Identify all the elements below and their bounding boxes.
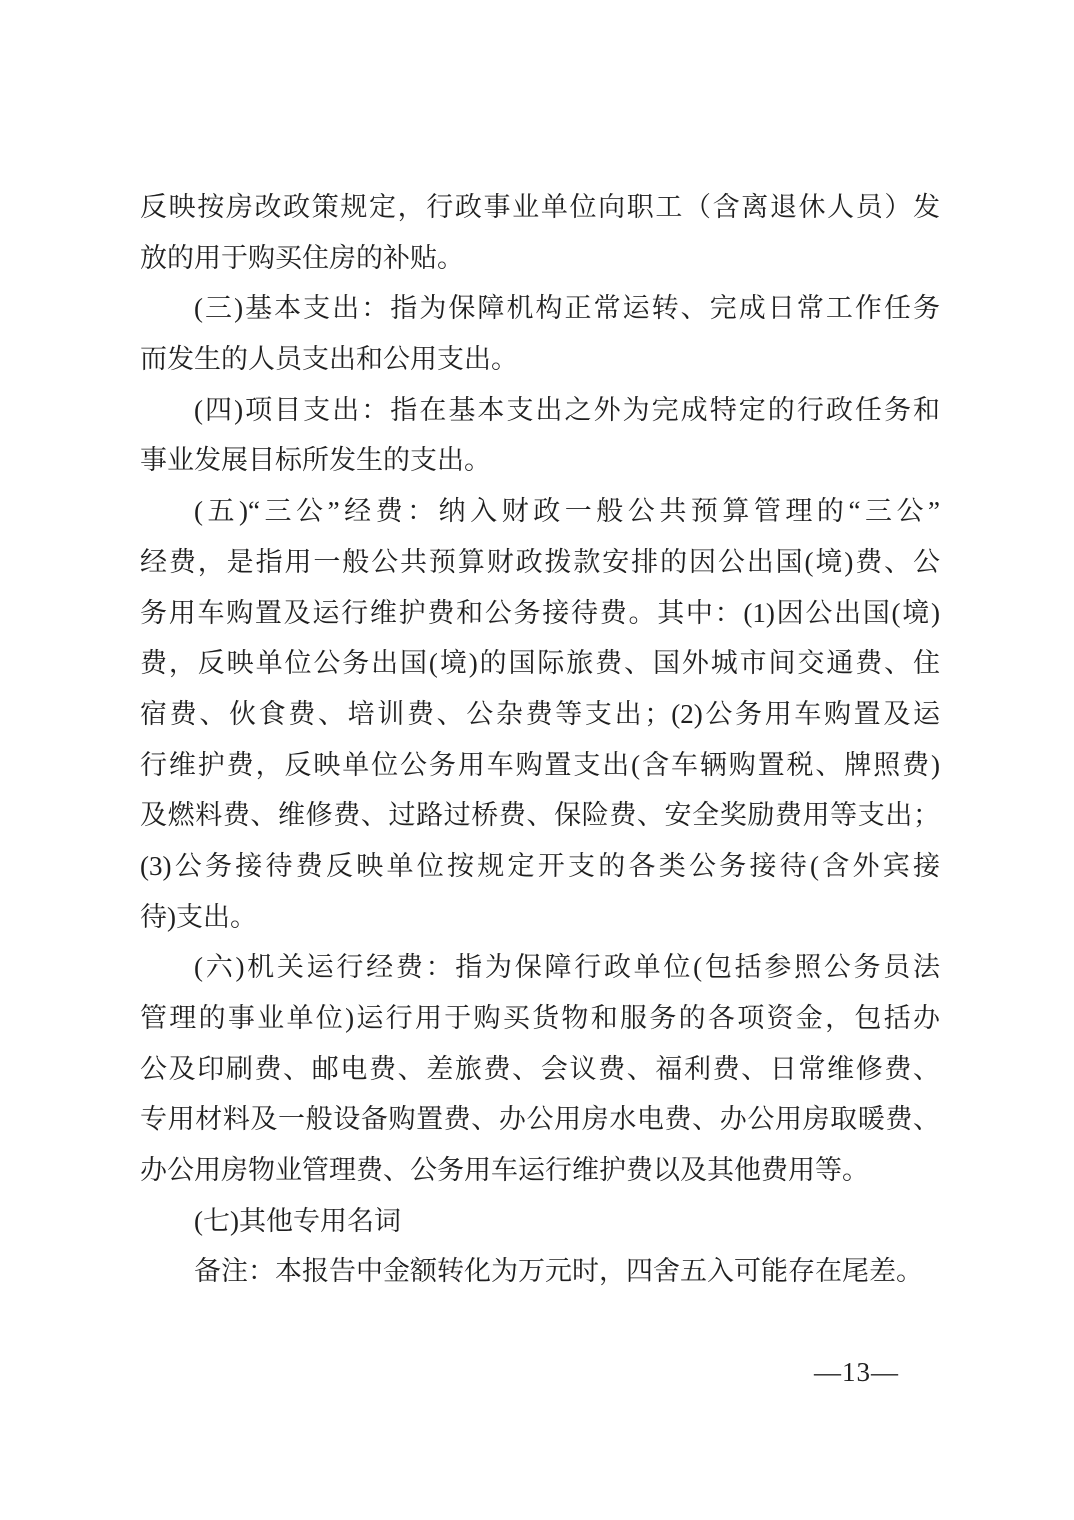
document-text: 反映按房改政策规定，行政事业单位向职工（含离退休人员）发放的用于购买住房的补贴。…: [140, 182, 940, 1297]
text-line: 务用车购置及运行维护费和公务接待费。其中：(1)因公出国(境): [140, 588, 940, 639]
text-line: 经费，是指用一般公共预算财政拨款安排的因公出国(境)费、公: [140, 537, 940, 588]
text-line: 事业发展目标所发生的支出。: [140, 435, 940, 486]
text-line: 公及印刷费、邮电费、差旅费、会议费、福利费、日常维修费、: [140, 1044, 940, 1095]
text-line: (六)机关运行经费：指为保障行政单位(包括参照公务员法: [140, 942, 940, 993]
text-line: 及燃料费、维修费、过路过桥费、保险费、安全奖励费用等支出；: [140, 790, 940, 841]
text-line: (三)基本支出：指为保障机构正常运转、完成日常工作任务: [140, 283, 940, 334]
document-page: 反映按房改政策规定，行政事业单位向职工（含离退休人员）发放的用于购买住房的补贴。…: [0, 0, 1074, 1520]
text-line: 专用材料及一般设备购置费、办公用房水电费、办公用房取暖费、: [140, 1094, 940, 1145]
text-line: 放的用于购买住房的补贴。: [140, 233, 940, 284]
text-line: 行维护费，反映单位公务用车购置支出(含车辆购置税、牌照费): [140, 740, 940, 791]
text-line: 办公用房物业管理费、公务用车运行维护费以及其他费用等。: [140, 1145, 940, 1196]
text-line: (3)公务接待费反映单位按规定开支的各类公务接待(含外宾接: [140, 841, 940, 892]
text-line: (四)项目支出：指在基本支出之外为完成特定的行政任务和: [140, 385, 940, 436]
text-line: 管理的事业单位)运行用于购买货物和服务的各项资金，包括办: [140, 993, 940, 1044]
text-line: 待)支出。: [140, 892, 940, 943]
text-line: (五)“三公”经费：纳入财政一般公共预算管理的“三公”: [140, 486, 940, 537]
page-number: —13—: [814, 1356, 899, 1388]
text-line: 费，反映单位公务出国(境)的国际旅费、国外城市间交通费、住: [140, 638, 940, 689]
text-line: 宿费、伙食费、培训费、公杂费等支出；(2)公务用车购置及运: [140, 689, 940, 740]
text-line: 备注：本报告中金额转化为万元时，四舍五入可能存在尾差。: [140, 1246, 940, 1297]
text-line: 而发生的人员支出和公用支出。: [140, 334, 940, 385]
text-line: (七)其他专用名词: [140, 1196, 940, 1247]
text-line: 反映按房改政策规定，行政事业单位向职工（含离退休人员）发: [140, 182, 940, 233]
